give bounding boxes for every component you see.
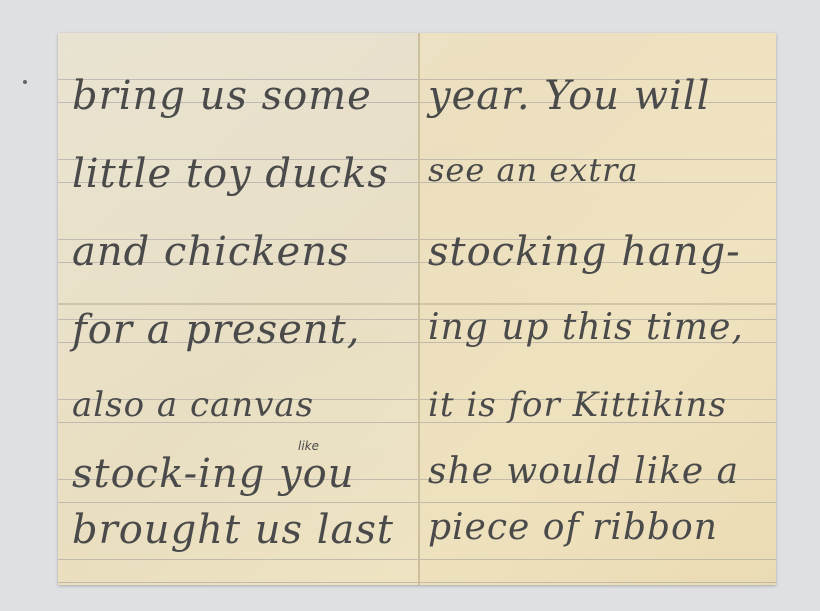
letter-line: it is for Kittikins bbox=[428, 385, 727, 425]
horizontal-fold bbox=[58, 303, 776, 305]
letter-line: little toy ducks bbox=[72, 151, 389, 197]
letter-line: year. You will bbox=[428, 73, 710, 119]
letter-line: bring us some bbox=[72, 73, 372, 119]
background-speck bbox=[23, 80, 27, 84]
left-page: bring us some little toy ducks and chick… bbox=[58, 33, 418, 585]
letter-line: brought us last bbox=[72, 507, 394, 553]
letter-line: see an extra bbox=[428, 151, 639, 189]
letter-line: she would like a bbox=[428, 451, 739, 492]
letter-line: ing up this time, bbox=[428, 307, 744, 348]
letter-line: stocking hang- bbox=[428, 229, 741, 275]
letter-line: also a canvas bbox=[72, 385, 314, 425]
letter-line: and chickens bbox=[72, 229, 350, 275]
letter-paper: bring us some little toy ducks and chick… bbox=[58, 33, 776, 585]
right-page: year. You will see an extra stocking han… bbox=[420, 33, 776, 585]
letter-line: piece of ribbon bbox=[428, 507, 718, 548]
letter-line: for a present, bbox=[72, 307, 360, 353]
letter-line: stock-ing you bbox=[72, 451, 354, 497]
